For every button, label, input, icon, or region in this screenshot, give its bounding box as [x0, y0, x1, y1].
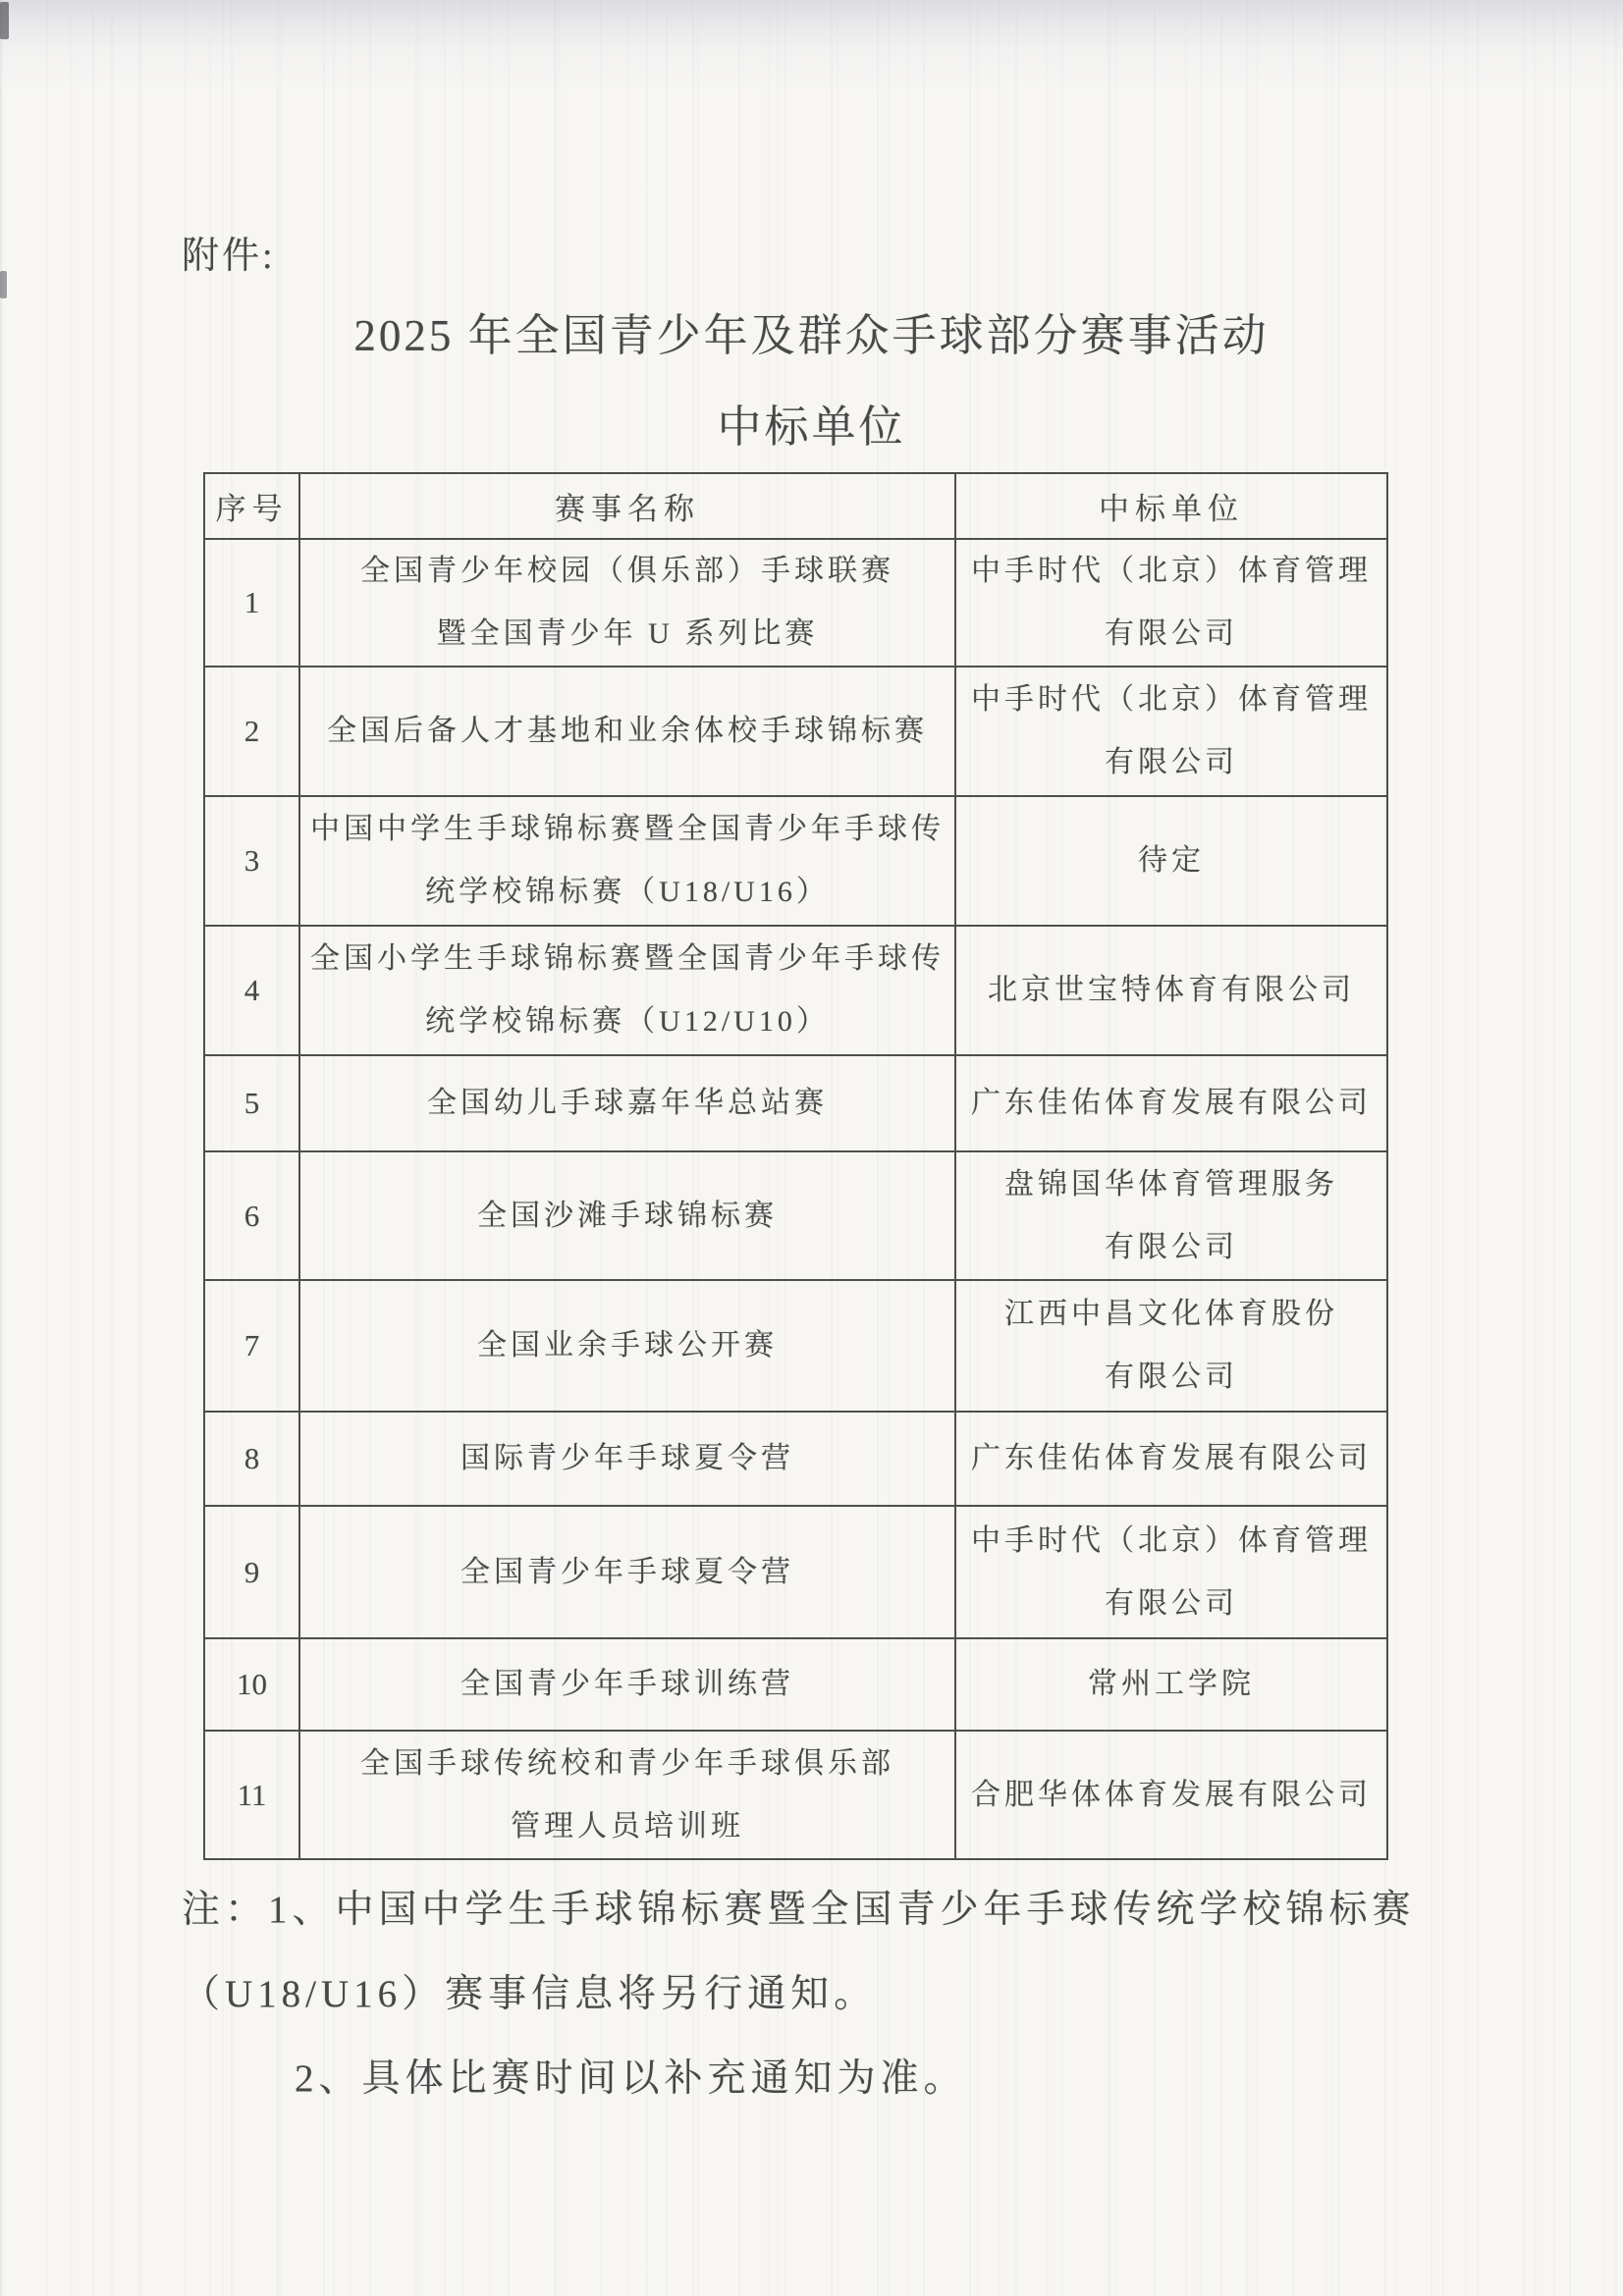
cell-winning-bidder: 中手时代（北京）体育管理 有限公司: [955, 667, 1387, 796]
cell-serial-number: 6: [204, 1151, 299, 1280]
scan-artifact-left-edge: [0, 271, 7, 298]
table-row: 1 全国青少年校园（俱乐部）手球联赛 暨全国青少年 U 系列比赛 中手时代（北京…: [204, 539, 1387, 667]
cell-winning-bidder: 广东佳佑体育发展有限公司: [955, 1412, 1387, 1506]
cell-event-name: 中国中学生手球锦标赛暨全国青少年手球传 统学校锦标赛（U18/U16）: [299, 796, 955, 926]
bid-table-body: 1 全国青少年校园（俱乐部）手球联赛 暨全国青少年 U 系列比赛 中手时代（北京…: [204, 539, 1387, 1859]
header-cell-event: 赛事名称: [299, 473, 955, 539]
cell-event-name: 全国业余手球公开赛: [299, 1280, 955, 1412]
cell-serial-number: 8: [204, 1412, 299, 1506]
cell-serial-number: 3: [204, 796, 299, 926]
cell-winning-bidder: 中手时代（北京）体育管理 有限公司: [955, 1506, 1387, 1638]
cell-event-name: 国际青少年手球夏令营: [299, 1412, 955, 1506]
note-line-3: 2、具体比赛时间以补充通知为准。: [295, 2048, 1561, 2103]
cell-event-name: 全国青少年校园（俱乐部）手球联赛 暨全国青少年 U 系列比赛: [299, 539, 955, 667]
bid-table: 序号 赛事名称 中标单位 1 全国青少年校园（俱乐部）手球联赛 暨全国青少年 U…: [203, 472, 1388, 1860]
cell-winning-bidder: 常州工学院: [955, 1638, 1387, 1731]
table-row: 2 全国后备人才基地和业余体校手球锦标赛 中手时代（北京）体育管理 有限公司: [204, 667, 1387, 796]
cell-winning-bidder: 待定: [955, 796, 1387, 926]
cell-serial-number: 2: [204, 667, 299, 796]
cell-event-name: 全国幼儿手球嘉年华总站赛: [299, 1055, 955, 1151]
attachment-label: 附件:: [182, 225, 276, 279]
table-row: 10 全国青少年手球训练营 常州工学院: [204, 1638, 1387, 1731]
header-cell-winner: 中标单位: [955, 473, 1387, 539]
cell-event-name: 全国青少年手球训练营: [299, 1638, 955, 1731]
page: { "page": { "attachment_label": "附件:", "…: [0, 0, 1623, 2296]
cell-winning-bidder: 合肥华体体育发展有限公司: [955, 1731, 1387, 1859]
cell-serial-number: 10: [204, 1638, 299, 1731]
note-line-2: （U18/U16）赛事信息将另行通知。: [182, 1963, 1448, 2018]
cell-serial-number: 5: [204, 1055, 299, 1151]
cell-serial-number: 7: [204, 1280, 299, 1412]
cell-winning-bidder: 江西中昌文化体育股份 有限公司: [955, 1280, 1387, 1412]
table-row: 3 中国中学生手球锦标赛暨全国青少年手球传 统学校锦标赛（U18/U16） 待定: [204, 796, 1387, 926]
header-cell-no: 序号: [204, 473, 299, 539]
cell-winning-bidder: 广东佳佑体育发展有限公司: [955, 1055, 1387, 1151]
table-row: 9 全国青少年手球夏令营 中手时代（北京）体育管理 有限公司: [204, 1506, 1387, 1638]
cell-event-name: 全国青少年手球夏令营: [299, 1506, 955, 1638]
cell-event-name: 全国手球传统校和青少年手球俱乐部 管理人员培训班: [299, 1731, 955, 1859]
table-row: 11 全国手球传统校和青少年手球俱乐部 管理人员培训班 合肥华体体育发展有限公司: [204, 1731, 1387, 1859]
cell-winning-bidder: 北京世宝特体育有限公司: [955, 926, 1387, 1055]
scan-artifact-top-left: [0, 2, 9, 39]
cell-serial-number: 1: [204, 539, 299, 667]
table-row: 4 全国小学生手球锦标赛暨全国青少年手球传 统学校锦标赛（U12/U10） 北京…: [204, 926, 1387, 1055]
document-title-line-1: 2025 年全国青少年及群众手球部分赛事活动: [0, 299, 1623, 363]
cell-serial-number: 9: [204, 1506, 299, 1638]
table-header-row: 序号 赛事名称 中标单位: [204, 473, 1387, 539]
table-row: 8 国际青少年手球夏令营 广东佳佑体育发展有限公司: [204, 1412, 1387, 1506]
cell-winning-bidder: 盘锦国华体育管理服务 有限公司: [955, 1151, 1387, 1280]
table-row: 5 全国幼儿手球嘉年华总站赛 广东佳佑体育发展有限公司: [204, 1055, 1387, 1151]
note-line-1: 注：1、中国中学生手球锦标赛暨全国青少年手球传统学校锦标赛: [182, 1879, 1448, 1934]
cell-event-name: 全国小学生手球锦标赛暨全国青少年手球传 统学校锦标赛（U12/U10）: [299, 926, 955, 1055]
cell-serial-number: 4: [204, 926, 299, 1055]
document-title-line-2: 中标单位: [0, 391, 1623, 454]
table-row: 7 全国业余手球公开赛 江西中昌文化体育股份 有限公司: [204, 1280, 1387, 1412]
cell-event-name: 全国沙滩手球锦标赛: [299, 1151, 955, 1280]
cell-winning-bidder: 中手时代（北京）体育管理 有限公司: [955, 539, 1387, 667]
cell-serial-number: 11: [204, 1731, 299, 1859]
table-row: 6 全国沙滩手球锦标赛 盘锦国华体育管理服务 有限公司: [204, 1151, 1387, 1280]
cell-event-name: 全国后备人才基地和业余体校手球锦标赛: [299, 667, 955, 796]
